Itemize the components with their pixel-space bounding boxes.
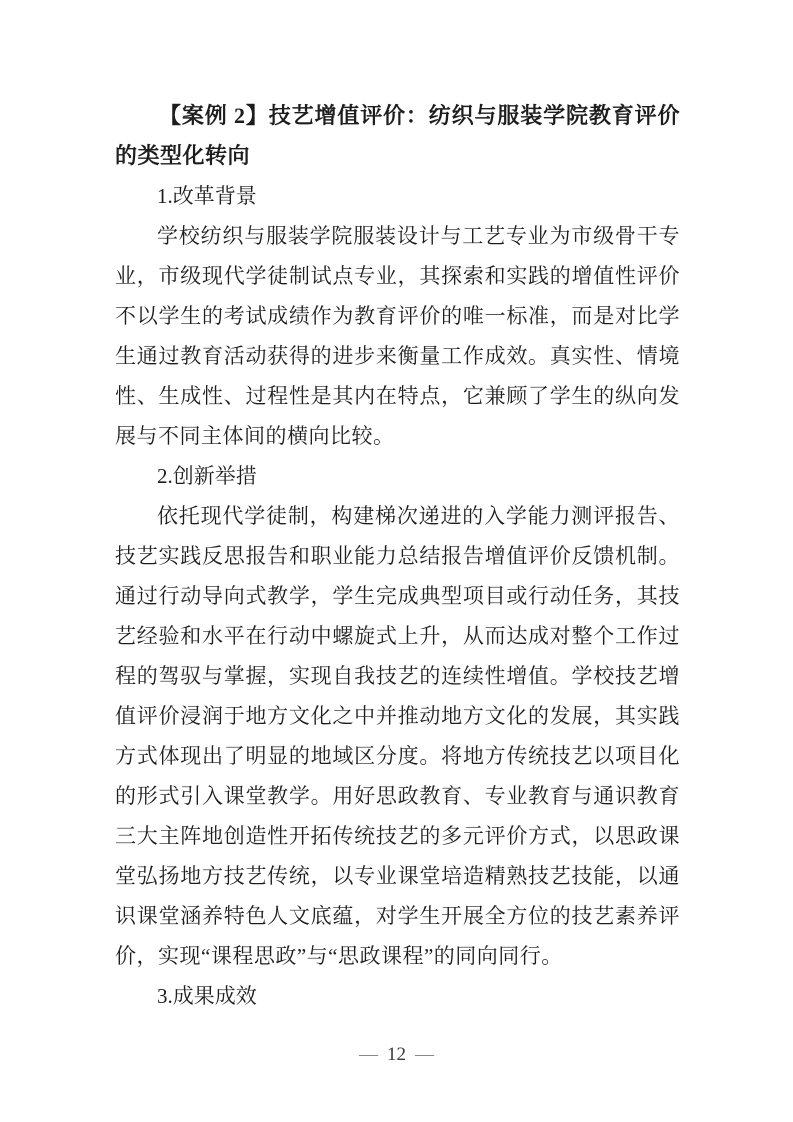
document-page: 【案例 2】技艺增值评价：纺织与服装学院教育评价的类型化转向 1.改革背景 学校… bbox=[0, 0, 793, 1122]
case-title: 【案例 2】技艺增值评价：纺织与服装学院教育评价的类型化转向 bbox=[115, 96, 680, 176]
page-footer: —12— bbox=[0, 1044, 793, 1066]
footer-right-dash: — bbox=[415, 1044, 434, 1065]
section-heading-achievements: 3.成果成效 bbox=[115, 976, 680, 1016]
section-heading-innovative-measures: 2.创新举措 bbox=[115, 456, 680, 496]
page-number: 12 bbox=[387, 1044, 406, 1065]
document-content: 【案例 2】技艺增值评价：纺织与服装学院教育评价的类型化转向 1.改革背景 学校… bbox=[115, 96, 680, 1016]
paragraph-reform-background: 学校纺织与服装学院服装设计与工艺专业为市级骨干专业，市级现代学徒制试点专业，其探… bbox=[115, 216, 680, 456]
footer-left-dash: — bbox=[359, 1044, 378, 1065]
section-heading-reform-background: 1.改革背景 bbox=[115, 176, 680, 216]
paragraph-innovative-measures: 依托现代学徒制，构建梯次递进的入学能力测评报告、技艺实践反思报告和职业能力总结报… bbox=[115, 496, 680, 976]
